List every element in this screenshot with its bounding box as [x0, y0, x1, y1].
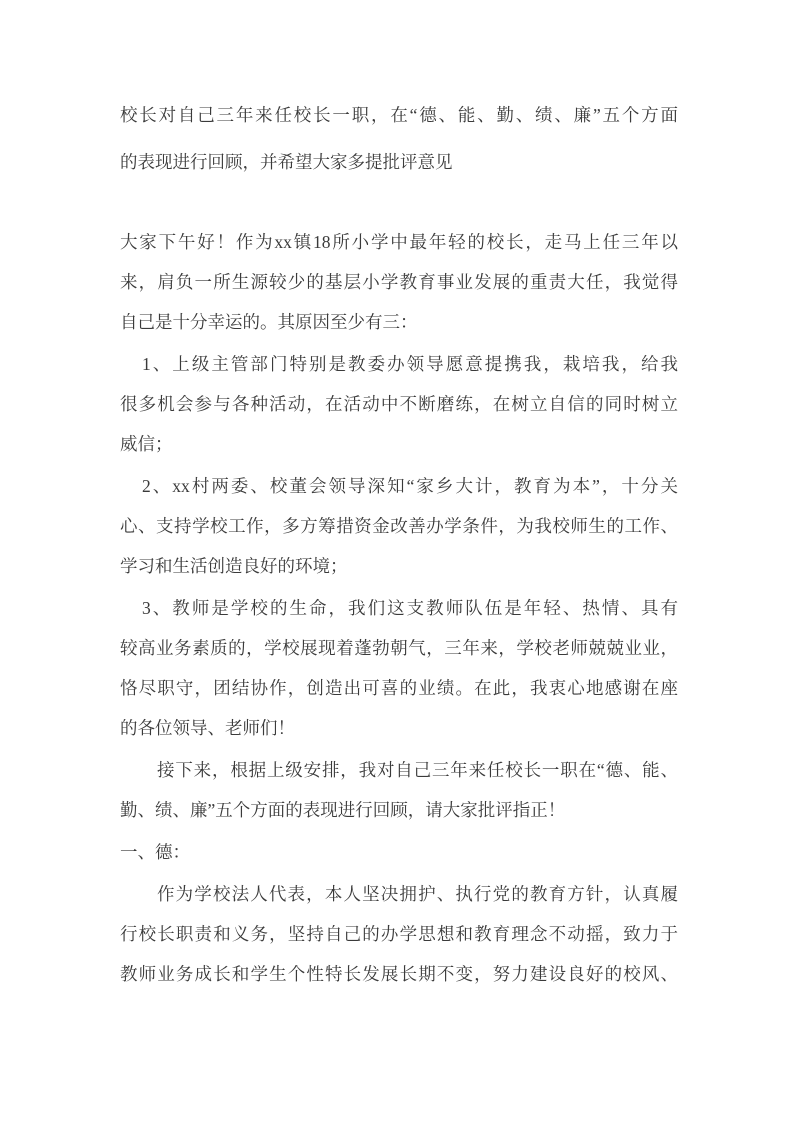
text-line: 勤、绩、廉”五个方面的表现进行回顾，请大家批评指正！ — [120, 790, 678, 830]
text-line: 大家下午好！作为xx镇18所小学中最年轻的校长，走马上任三年以 — [120, 222, 678, 262]
text-line: 行校长职责和义务，坚持自己的办学思想和教育理念不动摇，致力于 — [120, 914, 678, 954]
paragraph-de-body: 作为学校法人代表，本人坚决拥护、执行党的教育方针，认真履 行校长职责和义务，坚持… — [120, 874, 678, 994]
paragraph-item-3: 3、教师是学校的生命，我们这支教师队伍是年轻、热情、具有 较高业务素质的，学校展… — [120, 588, 678, 748]
title-line: 的表现进行回顾，并希望大家多提批评意见 — [120, 139, 678, 186]
title-line: 校长对自己三年来任校长一职，在“德、能、勤、绩、廉”五个方面 — [120, 92, 678, 139]
text-line: 作为学校法人代表，本人坚决拥护、执行党的教育方针，认真履 — [120, 874, 678, 914]
text-line: 自己是十分幸运的。其原因至少有三： — [120, 302, 678, 342]
text-line: 来，肩负一所生源较少的基层小学教育事业发展的重责大任，我觉得 — [120, 262, 678, 302]
text-line: 2、xx村两委、校董会领导深知“家乡大计，教育为本”，十分关 — [120, 466, 678, 506]
text-line: 恪尽职守，团结协作，创造出可喜的业绩。在此，我衷心地感谢在座 — [120, 668, 678, 708]
text-line: 心、支持学校工作，多方筹措资金改善办学条件，为我校师生的工作、 — [120, 506, 678, 546]
text-line: 很多机会参与各种活动，在活动中不断磨练，在树立自信的同时树立 — [120, 384, 678, 424]
text-line: 1、上级主管部门特别是教委办领导愿意提携我，栽培我，给我 — [120, 344, 678, 384]
document-text-block: 校长对自己三年来任校长一职，在“德、能、勤、绩、廉”五个方面 的表现进行回顾，并… — [120, 0, 678, 996]
paragraph-item-1: 1、上级主管部门特别是教委办领导愿意提携我，栽培我，给我 很多机会参与各种活动，… — [120, 344, 678, 464]
paragraph-item-2: 2、xx村两委、校董会领导深知“家乡大计，教育为本”，十分关 心、支持学校工作，… — [120, 466, 678, 586]
text-line: 接下来，根据上级安排，我对自己三年来任校长一职在“德、能、 — [120, 750, 678, 790]
paragraph-greeting: 大家下午好！作为xx镇18所小学中最年轻的校长，走马上任三年以 来，肩负一所生源… — [120, 222, 678, 342]
section-heading-de: 一、德： — [120, 832, 678, 872]
document-page: 校长对自己三年来任校长一职，在“德、能、勤、绩、廉”五个方面 的表现进行回顾，并… — [0, 0, 793, 1122]
paragraph-transition: 接下来，根据上级安排，我对自己三年来任校长一职在“德、能、 勤、绩、廉”五个方面… — [120, 750, 678, 830]
document-title: 校长对自己三年来任校长一职，在“德、能、勤、绩、廉”五个方面 的表现进行回顾，并… — [120, 92, 678, 186]
blank-line — [120, 186, 678, 222]
text-line: 一、德： — [120, 832, 678, 872]
text-line: 教师业务成长和学生个性特长发展长期不变，努力建设良好的校风、 — [120, 954, 678, 994]
text-line: 威信； — [120, 424, 678, 464]
text-line: 学习和生活创造良好的环境； — [120, 546, 678, 586]
text-line: 的各位领导、老师们！ — [120, 708, 678, 748]
text-line: 较高业务素质的，学校展现着蓬勃朝气，三年来，学校老师兢兢业业， — [120, 628, 678, 668]
text-line: 3、教师是学校的生命，我们这支教师队伍是年轻、热情、具有 — [120, 588, 678, 628]
